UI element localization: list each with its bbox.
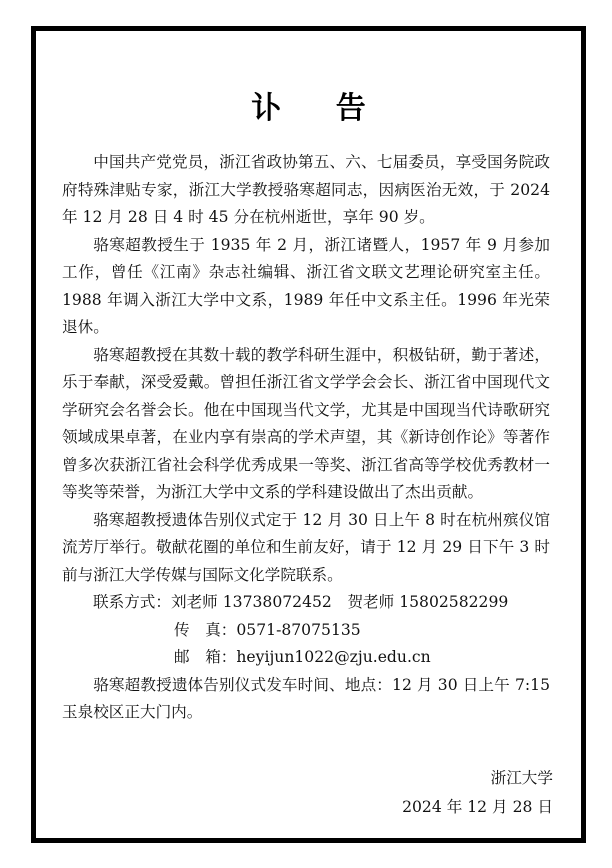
contact-label: 联系方式： — [62, 589, 171, 617]
paragraph-departure: 骆寒超教授遗体告别仪式发车时间、地点：12 月 30 日上午 7:15 玉泉校区… — [62, 672, 550, 727]
signature-org: 浙江大学 — [402, 764, 553, 793]
obituary-notice-frame: 讣 告 中国共产党党员，浙江省政协第五、六、七届委员，享受国务院政府特殊津贴专家… — [31, 26, 586, 843]
fax-number: 0571-87075135 — [236, 617, 360, 645]
contact-block: 联系方式： 刘老师 13738072452 贺老师 15802582299 传 … — [62, 589, 550, 672]
paragraph-achievements: 骆寒超教授在其数十载的教学科研生涯中，积极钻研，勤于著述，乐于奉献，深受爱戴。曾… — [62, 342, 550, 507]
contact-phones-row: 联系方式： 刘老师 13738072452 贺老师 15802582299 — [62, 589, 550, 617]
paragraph-announcement: 中国共产党党员，浙江省政协第五、六、七届委员，享受国务院政府特殊津贴专家，浙江大… — [62, 149, 550, 232]
paragraph-farewell-ceremony: 骆寒超教授遗体告别仪式定于 12 月 30 日上午 8 时在杭州殡仪馆流芳厅举行… — [62, 507, 550, 590]
notice-body: 中国共产党党员，浙江省政协第五、六、七届委员，享受国务院政府特殊津贴专家，浙江大… — [62, 149, 550, 727]
paragraph-biography: 骆寒超教授生于 1935 年 2 月，浙江诸暨人，1957 年 9 月参加工作，… — [62, 232, 550, 342]
signature-date: 2024 年 12 月 28 日 — [402, 793, 553, 822]
notice-title: 讣 告 — [36, 83, 581, 127]
contact-fax-row: 传 真： 0571-87075135 — [62, 617, 550, 645]
email-address[interactable]: heyijun1022@zju.edu.cn — [236, 644, 430, 672]
email-label: 邮 箱： — [174, 644, 236, 672]
contact-email-row: 邮 箱： heyijun1022@zju.edu.cn — [62, 644, 550, 672]
signature-block: 浙江大学 2024 年 12 月 28 日 — [402, 764, 553, 822]
fax-label: 传 真： — [174, 617, 236, 645]
contact-phones: 刘老师 13738072452 贺老师 15802582299 — [171, 589, 508, 617]
